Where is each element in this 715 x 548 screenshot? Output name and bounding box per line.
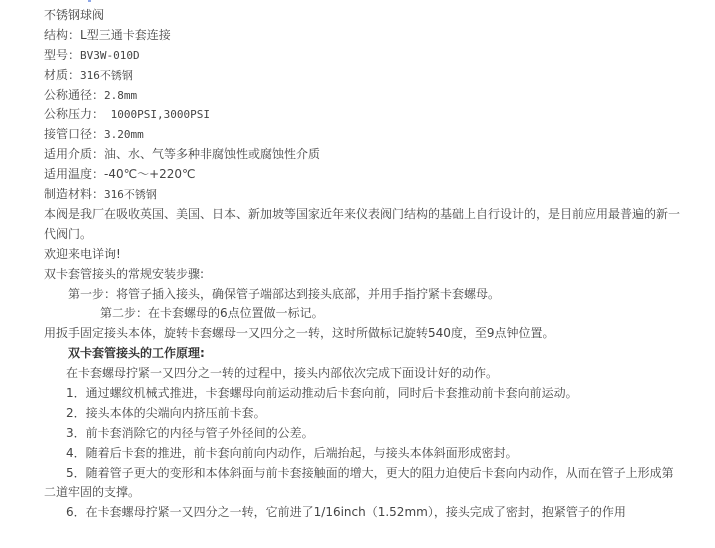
install-step-3: 用扳手固定接头本体，旋转卡套螺母一又四分之一转，这时所做标记旋转540度，至9点…: [44, 324, 684, 344]
spec-label: 型号：: [44, 48, 80, 62]
spec-temperature: 适用温度：-40℃～+220℃: [44, 165, 684, 185]
install-heading: 双卡套管接头的常规安装步骤:: [44, 265, 684, 285]
principle-item-6: 6．在卡套螺母拧紧一又四分之一转，它前进了1/16inch（1.52mm），接头…: [44, 503, 684, 523]
spec-material: 材质：316不锈钢: [44, 66, 684, 86]
principle-item-2: 2．接头本体的尖端向内挤压前卡套。: [44, 404, 684, 424]
spec-value: -40℃～+220℃: [104, 167, 196, 181]
principle-item-3: 3．前卡套消除它的内径与管子外径间的公差。: [44, 424, 684, 444]
spec-nominal-diameter: 公称通径：2.8mm: [44, 86, 684, 106]
principle-intro: 在卡套螺母拧紧一又四分之一转的过程中，接头内部依次完成下面设计好的动作。: [44, 364, 684, 384]
spec-value: 3.20mm: [104, 128, 144, 141]
principle-item-1: 1．通过螺纹机械式推进，卡套螺母向前运动推动后卡套向前，同时后卡套推动前卡套向前…: [44, 384, 684, 404]
cursor-mark: [88, 0, 91, 2]
install-step-2: 第二步：在卡套螺母的6点位置做一标记。: [44, 304, 684, 324]
intro-paragraph: 本阀是我厂在吸收英国、美国、日本、新加坡等国家近年来仪表阀门结构的基础上自行设计…: [44, 205, 684, 245]
product-description: 不锈钢球阀 结构：L型三通卡套连接 型号：BV3W-010D 材质：316不锈钢…: [44, 6, 684, 523]
spec-label: 材质：: [44, 68, 80, 82]
spec-model: 型号：BV3W-010D: [44, 46, 684, 66]
principle-item-4: 4．随着后卡套的推进，前卡套向前向内动作，后端抬起，与接头本体斜面形成密封。: [44, 444, 684, 464]
spec-structure: 结构：L型三通卡套连接: [44, 26, 684, 46]
spec-label: 公称通径：: [44, 88, 104, 102]
spec-value: 316不锈钢: [80, 69, 133, 82]
product-title: 不锈钢球阀: [44, 6, 684, 26]
spec-value: 1000PSI,3000PSI: [104, 108, 210, 121]
spec-label: 公称压力：: [44, 107, 104, 121]
spec-nominal-pressure: 公称压力： 1000PSI,3000PSI: [44, 105, 684, 125]
principle-heading: 双卡套管接头的工作原理:: [44, 344, 684, 364]
spec-label: 制造材料：: [44, 187, 104, 201]
spec-label: 结构：: [44, 28, 80, 42]
spec-value: 2.8mm: [104, 89, 137, 102]
welcome-text: 欢迎来电详询!: [44, 245, 684, 265]
spec-label: 适用温度：: [44, 167, 104, 181]
spec-pipe-diameter: 接管口径：3.20mm: [44, 125, 684, 145]
spec-value: 油、水、气等多种非腐蚀性或腐蚀性介质: [104, 147, 320, 161]
spec-manufacture-material: 制造材料：316不锈钢: [44, 185, 684, 205]
spec-value: L型三通卡套连接: [80, 28, 171, 42]
principle-item-5: 5．随着管子更大的变形和本体斜面与前卡套接触面的增大，更大的阻力迫使后卡套向内动…: [44, 464, 684, 504]
spec-medium: 适用介质：油、水、气等多种非腐蚀性或腐蚀性介质: [44, 145, 684, 165]
spec-value: 316不锈钢: [104, 188, 157, 201]
spec-label: 接管口径：: [44, 127, 104, 141]
spec-label: 适用介质：: [44, 147, 104, 161]
install-step-1: 第一步：将管子插入接头，确保管子端部达到接头底部，并用手指拧紧卡套螺母。: [44, 285, 684, 305]
spec-value: BV3W-010D: [80, 49, 140, 62]
